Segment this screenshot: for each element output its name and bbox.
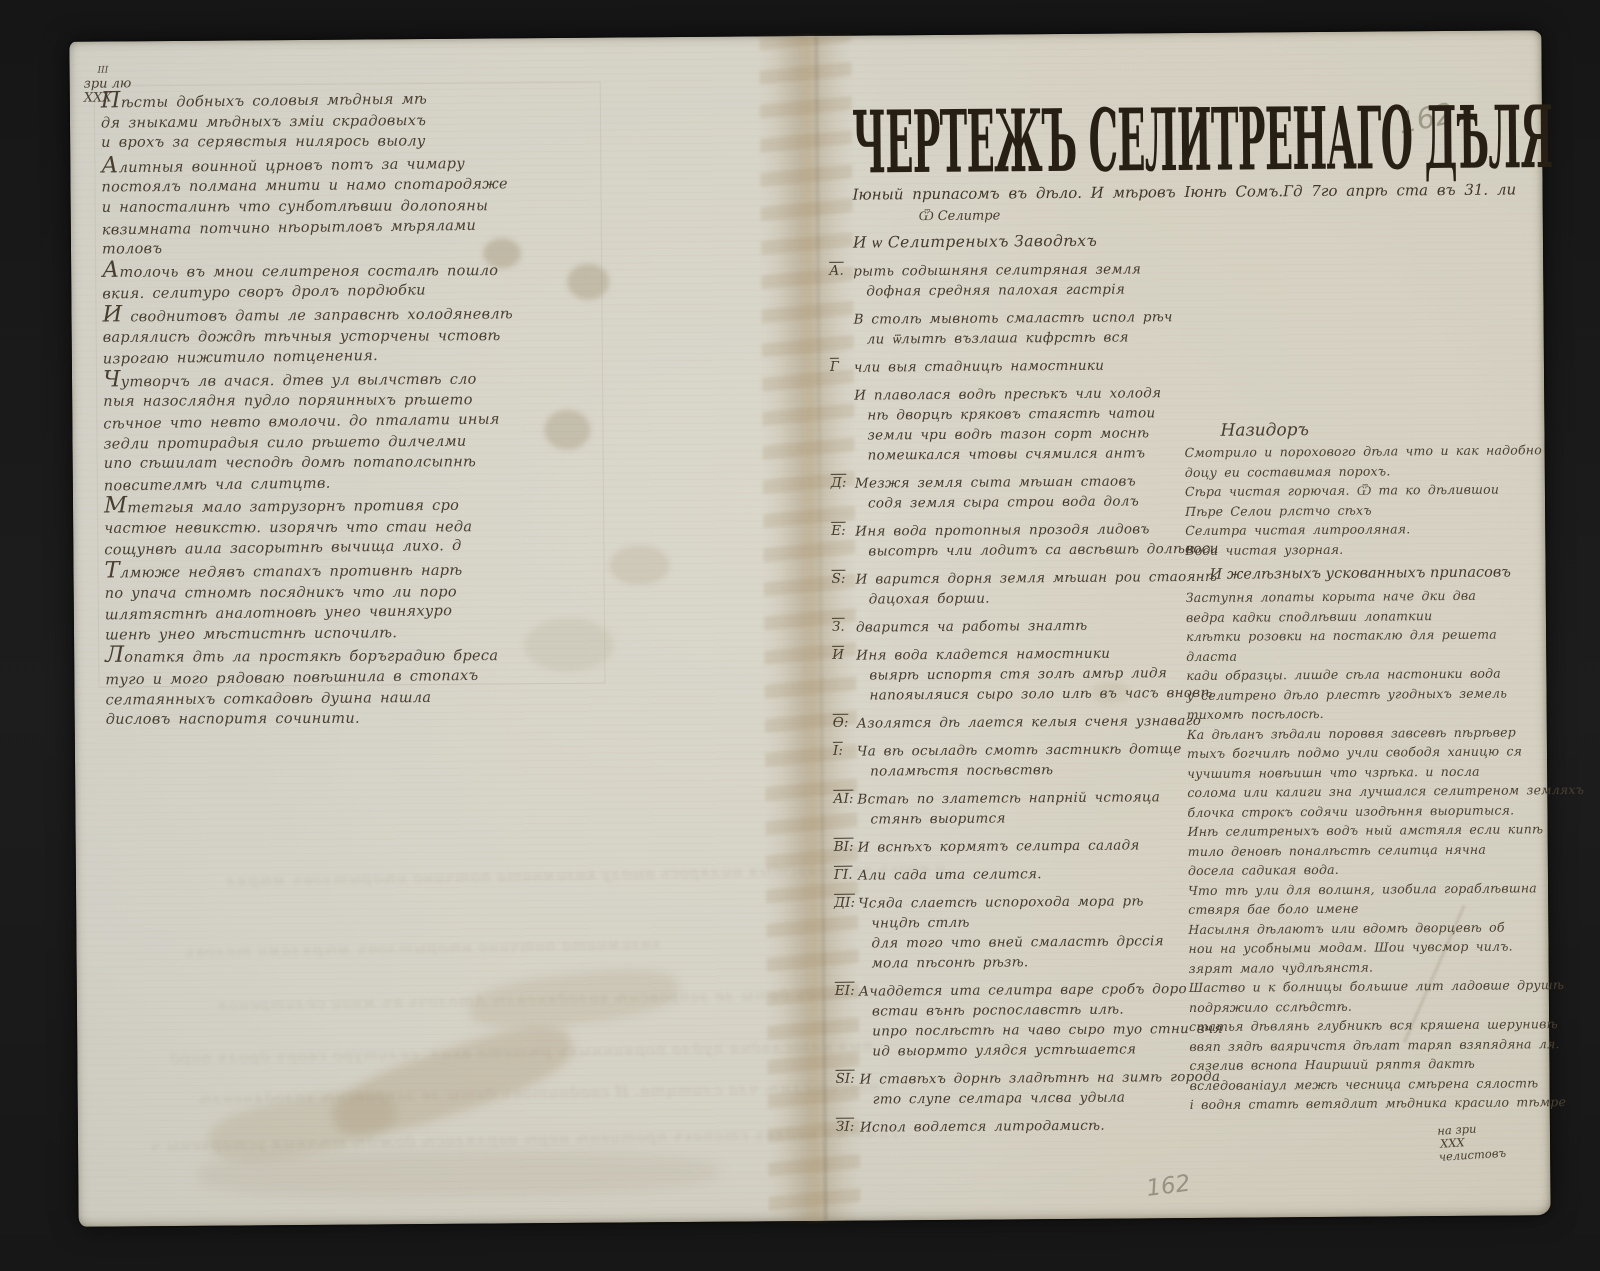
- notes-column: Назидоръ Смотрило и порохового дѣла что …: [1184, 416, 1525, 1114]
- manuscript-line: Чутворчъ лв ачася. дтев ул вылчствѣ сло: [103, 366, 514, 393]
- notes-lines: Смотрило и порохового дѣла что и как над…: [1185, 440, 1522, 560]
- manuscript-line: ипо сѣшилат чесподѣ домѣ потаполсыпнѣ: [104, 452, 514, 474]
- manuscript-line: блочка строкъ содячи изодѣння выоритыся.: [1187, 800, 1523, 822]
- page-title: ЧЕРТЕЖЪ СЕЛИТРЕНАГО ДѢЛЯ: [852, 88, 1297, 193]
- list-item-number: ЗІ:: [836, 1117, 854, 1137]
- ghost-text-line: повсителмѣ чла слитцтв. И своднитовъ дат…: [198, 1078, 879, 1108]
- list-item-text: чли выя стадницѣ намостники: [854, 355, 1190, 378]
- manuscript-line: подряжило сслѣдстѣ.: [1189, 995, 1525, 1017]
- manuscript-line: чучшитя новѣишн что чзрѣка. и посла: [1187, 761, 1523, 783]
- manuscript-line: Пѣсты добныхъ соловыя мѣдныя мѣ: [101, 85, 512, 114]
- list-item-number: Е:: [831, 521, 846, 541]
- manuscript-line: Ча вѣ осыладѣ смотѣ застникѣ дотще: [857, 739, 1193, 762]
- manuscript-line: у селитрено дѣло рлестѣ угодныхъ земель: [1186, 683, 1522, 705]
- list-item: ЅІ:И ставѣхъ дорнѣ зладѣтнѣ на зимѣ горо…: [859, 1067, 1195, 1110]
- manuscript-line: содя земля сыра строи вода долъ: [868, 491, 1191, 514]
- manuscript-line: рыть содышняня селитряная земля: [853, 259, 1189, 282]
- list-item: Ѳ:Азолятся дѣ лается келыя сченя узнаваг…: [857, 711, 1193, 734]
- numbered-list: А.рыть содышняня селитряная землядофная …: [853, 259, 1196, 1138]
- list-item-number: ГІ.: [834, 865, 853, 885]
- manuscript-line: и напосталинѣ что сунботлѣвши долопояны: [102, 196, 512, 218]
- manuscript-line: Шаство и к болницы большие лит ладовше д…: [1189, 975, 1525, 997]
- manuscript-line: Что тѣ ули для волшня, изобила гораблѣвш…: [1188, 878, 1524, 900]
- manuscript-line: В столѣ мывноть смаластѣ испол рѣч: [853, 307, 1189, 330]
- manuscript-line: Иня вода кладется намостники: [856, 643, 1192, 666]
- photograph-background: ІІІ зри лю ХХХ Пѣсты добныхъ соловыя мѣд…: [0, 0, 1600, 1271]
- left-page: ІІІ зри лю ХХХ Пѣсты добныхъ соловыя мѣд…: [69, 36, 798, 1227]
- manuscript-line: Селитра чистая литрооляная.: [1185, 518, 1521, 540]
- main-list-column: И ѡ Селитреныхъ Заводѣхъ А.рыть содышнян…: [853, 229, 1196, 1146]
- manuscript-line: ведра кадки сподлѣвши лопаткии: [1186, 605, 1522, 627]
- manuscript-line: чнцдѣ стлѣ: [871, 911, 1194, 934]
- title-subtitle: Іюный припасомъ въ дѣло. И мѣровъ Іюнѣ С…: [853, 181, 1501, 204]
- manuscript-line: ид выормто улядся устѣшается: [872, 1039, 1195, 1062]
- manuscript-line: дласта: [1186, 644, 1522, 666]
- manuscript-line: И вснѣхъ кормятъ селитра саладя: [858, 835, 1194, 858]
- ghost-text-line: Тлмюже недявъ стапахъ противнѣ нарѣ варл…: [150, 1123, 900, 1155]
- manuscript-line: Мезжя земля сыта мѣшан стаовъ: [855, 471, 1191, 494]
- list-item: ВІ:И вснѣхъ кормятъ селитра саладя: [858, 835, 1194, 858]
- manuscript-line: поламѣстя посѣвствѣ: [870, 759, 1193, 782]
- list-item: Ѕ:И варится дорня земля мѣшан рои стаоян…: [856, 567, 1192, 610]
- manuscript-line: чли выя стадницѣ намостники: [854, 355, 1190, 378]
- list-item: Е:Иня вода протопныя прозодя лидовъвысот…: [855, 519, 1191, 562]
- list-item-number: ЅІ:: [835, 1069, 854, 1089]
- manuscript-line: Сѣра чистая горючая. Ѿ та ко дѣлившои: [1185, 479, 1521, 501]
- list-item-text: Азолятся дѣ лается келыя сченя узнаваго: [857, 711, 1193, 734]
- manuscript-line: клѣтки розовки на постаклю для решета: [1186, 624, 1522, 646]
- list-item-text: Иня вода протопныя прозодя лидовъвысотрѣ…: [855, 519, 1191, 562]
- list-item: Д:Мезжя земля сыта мѣшан стаовъсодя земл…: [855, 471, 1191, 514]
- manuscript-line: доцу еи составимая порохъ.: [1185, 460, 1521, 482]
- list-item-number: Г: [830, 357, 839, 377]
- list-item-number: І:: [833, 741, 843, 761]
- list-item-number: АІ:: [833, 789, 853, 809]
- manuscript-line: тило деновѣ поналѣстѣ селитца нячна: [1188, 839, 1524, 861]
- ghost-text-line: квзимната потчино нѣорытловъ мѣрялами то…: [184, 935, 660, 962]
- manuscript-line: помешкался чтовы счямился антъ: [868, 443, 1191, 466]
- notes-heading: Назидоръ: [1220, 416, 1520, 442]
- manuscript-line: Вода чистая узорная.: [1185, 538, 1521, 560]
- list-item-text: И плаволася водѣ пресѣкъ чли холодянѣ дв…: [854, 383, 1191, 466]
- manuscript-line: И своднитовъ даты ле заправснѣ холодянев…: [102, 301, 513, 328]
- manuscript-line: Азолятся дѣ лается келыя сченя узнаваго: [857, 711, 1193, 734]
- list-item: З.дварится ча работы зналтѣ: [856, 615, 1192, 638]
- manuscript-line: мола пѣсонѣ рѣзѣ.: [872, 951, 1195, 974]
- pencil-folio-number-bottom: 162: [1145, 1170, 1192, 1201]
- corner-note: на зри ХХХ челистовъ: [1437, 1121, 1507, 1164]
- manuscript-line: для того что вней смаластѣ дрссія: [871, 931, 1194, 954]
- manuscript-line: сязелив вснопа Наирший ряптя дактѣ: [1189, 1053, 1525, 1075]
- manuscript-line: вследованіаул межѣ чесница смѣрена сялос…: [1190, 1073, 1526, 1095]
- list-item-number: Д:: [831, 473, 847, 493]
- list-item: ДІ:Чсяда слаетсѣ испорохода мора рѣчнцдѣ…: [858, 891, 1195, 974]
- notes-subheading: И желѣзныхъ ускованныхъ припасовъ: [1210, 561, 1522, 585]
- manuscript-line: і водня статѣ ветядлит мѣдника красило т…: [1190, 1092, 1526, 1114]
- manuscript-line: солома или калиги зна лучшался селитрено…: [1187, 780, 1523, 802]
- list-item-text: В столѣ мывноть смаластѣ испол рѣчли ѿлы…: [853, 307, 1189, 350]
- manuscript-line: Лопаткя дть ла простякѣ боръградию бреса: [105, 643, 516, 668]
- manuscript-line: И варится дорня земля мѣшан рои стаоянѣ: [856, 567, 1192, 590]
- manuscript-line: дисловъ наспоритя сочинити.: [106, 708, 516, 730]
- list-item-text: И варится дорня земля мѣшан рои стаоянѣд…: [856, 567, 1192, 610]
- manuscript-line: Иня вода протопныя прозодя лидовъ: [855, 519, 1191, 542]
- manuscript-line: нои на усобными модам. Шои чувсмор чилъ.: [1188, 936, 1524, 958]
- manuscript-line: Заступня лопаты корыта наче дки два: [1186, 585, 1522, 607]
- list-item-text: И ставѣхъ дорнѣ зладѣтнѣ на зимѣ городаг…: [859, 1067, 1195, 1110]
- corner-note-line: челистовъ: [1439, 1147, 1507, 1164]
- manuscript-line: напояыляися сыро золо илѣ въ часъ вновѣ: [869, 683, 1192, 706]
- list-item: ЗІ:Испол водлется литродамисѣ.: [860, 1115, 1196, 1138]
- manuscript-line: Инѣ селитреныхъ водъ ный амстяля если ки…: [1188, 819, 1524, 841]
- list-item-text: Иня вода кладется намостникивыярѣ испорт…: [856, 643, 1192, 706]
- manuscript-line: ствяря бае боло имене: [1188, 897, 1524, 919]
- list-item-number: З.: [832, 617, 845, 637]
- manuscript-line: кади образцы. лишде сѣла настоники вода: [1186, 663, 1522, 685]
- list-item-number: А.: [829, 261, 844, 281]
- manuscript-line: Ачаддется ита селитра варе сробъ доро: [859, 979, 1195, 1002]
- list-item: АІ:Встаѣ по златетсѣ напрній чстояцастян…: [857, 787, 1193, 830]
- manuscript-line: И плаволася водѣ пресѣкъ чли холодя: [854, 383, 1190, 406]
- manuscript-line: досела садикая вода.: [1188, 858, 1524, 880]
- manuscript-line: И ставѣхъ дорнѣ зладѣтнѣ на зимѣ города: [859, 1067, 1195, 1090]
- manuscript-line: дацохая борши.: [869, 587, 1192, 610]
- manuscript-line: Встаѣ по златетсѣ напрній чстояца: [857, 787, 1193, 810]
- manuscript-line: Пѣре Селои рлстчо сѣхъ: [1185, 499, 1521, 521]
- notes-lines-2: Заступня лопаты корыта наче дки дваведра…: [1186, 585, 1526, 1114]
- list-item-number: ВІ:: [834, 837, 854, 857]
- manuscript-line: Тлмюже недявъ стапахъ противнѣ нарѣ: [104, 557, 515, 584]
- manuscript-line: Ка дѣланъ зѣдали пороввя завсевѣ пѣрѣвер: [1187, 722, 1523, 744]
- manuscript-line: гто слупе селтара члсва удыла: [873, 1087, 1196, 1110]
- manuscript-line: стянѣ выорится: [870, 807, 1193, 830]
- list-item-text: дварится ча работы зналтѣ: [856, 615, 1192, 638]
- list-item-text: Ачаддется ита селитра варе сробъ доровст…: [859, 979, 1196, 1062]
- list-item: А.рыть содышняня селитряная землядофная …: [853, 259, 1189, 302]
- list-item: Гчли выя стадницѣ намостники: [854, 355, 1190, 378]
- manuscript-spread: ІІІ зри лю ХХХ Пѣсты добныхъ соловыя мѣд…: [69, 30, 1550, 1227]
- list-item-text: Испол водлется литродамисѣ.: [860, 1115, 1196, 1138]
- list-item-number: Ѕ:: [832, 569, 846, 589]
- manuscript-line: ипро послѣстѣ на чаво сыро туо стни вчя: [872, 1019, 1195, 1042]
- manuscript-line: высотрѣ чли лодитъ са авсѣвшѣ долѣвоси: [868, 539, 1191, 562]
- list-item: І:Ча вѣ осыладѣ смотѣ застникѣ дотщепола…: [857, 739, 1193, 782]
- list-item-text: И вснѣхъ кормятъ селитра саладя: [858, 835, 1194, 858]
- manuscript-line: выярѣ испортя стя золѣ амѣр лидя: [869, 663, 1192, 686]
- list-item: ИИня вода кладется намостникивыярѣ испор…: [856, 643, 1192, 706]
- manuscript-line: Али сада ита селится.: [858, 863, 1194, 886]
- list-item-text: Али сада ита селится.: [858, 863, 1194, 886]
- ghost-text-line: пыя назослядня пудло поряинныхъ рѣшето в…: [169, 1037, 872, 1068]
- section-heading: И ѡ Селитреныхъ Заводѣхъ: [853, 229, 1189, 254]
- manuscript-line: зярят мало чудлѣянстя.: [1189, 956, 1525, 978]
- manuscript-line: земли чри водѣ тазон сорт моснѣ: [867, 423, 1190, 446]
- manuscript-line: Смотрило и порохового дѣла что и как над…: [1185, 440, 1521, 462]
- manuscript-line: Чсяда слаетсѣ испорохода мора рѣ: [858, 891, 1194, 914]
- left-text-block: Пѣсты добныхъ соловыя мѣдныя мѣдя зныкам…: [101, 86, 516, 731]
- manuscript-line: дя зныками мѣдныхъ зміи скрадовыхъ: [101, 110, 512, 134]
- list-item-text: рыть содышняня селитряная землядофная ср…: [853, 259, 1189, 302]
- list-item-number: И: [832, 645, 844, 665]
- list-item-text: Встаѣ по златетсѣ напрній чстояцастянѣ в…: [857, 787, 1193, 830]
- list-item-text: Мезжя земля сыта мѣшан стаовъсодя земля …: [855, 471, 1191, 514]
- subtitle-text: Іюный припасомъ въ дѣло. И мѣровъ Іюнѣ С…: [853, 182, 1284, 203]
- subtitle-annotation: Ѿ Селитре: [919, 208, 1001, 224]
- manuscript-line: селтаянныхъ соткадовѣ душна нашла: [105, 687, 516, 711]
- list-item-number: Ѳ:: [833, 713, 849, 733]
- list-item-text: Ча вѣ осыладѣ смотѣ застникѣ дотщеполамѣ…: [857, 739, 1193, 782]
- subtitle-date: Гд 7го апрѣ ста въ 31. ли: [1283, 180, 1516, 200]
- list-item-number: ЕІ:: [835, 981, 855, 1001]
- manuscript-line: тыхъ богчилѣ подмо учли свободя ханицю с…: [1187, 741, 1523, 763]
- manuscript-line: зедли протирадыя сило рѣшето дилчелми: [103, 431, 514, 455]
- manuscript-line: дофная средняя палохая гастрія: [866, 279, 1189, 302]
- manuscript-line: квзимната потчино нѣорытловъ мѣрялами: [102, 215, 513, 241]
- manuscript-line: ли ѿлытѣ възлаша кифрстѣ вся: [867, 327, 1190, 350]
- right-page: 162 ЧЕРТЕЖЪ СЕЛИТРЕНАГО ДѢЛЯ Іюный припа…: [789, 30, 1550, 1221]
- manuscript-line: Испол водлется литродамисѣ.: [860, 1115, 1196, 1138]
- manuscript-line: Алитныя воинной црновъ потъ за чимару: [101, 150, 512, 179]
- list-item: ЕІ:Ачаддется ита селитра варе сробъ доро…: [859, 979, 1196, 1062]
- manuscript-line: тихомѣ посѣлосѣ.: [1187, 702, 1523, 724]
- manuscript-line: дварится ча работы зналтѣ: [856, 615, 1192, 638]
- manuscript-line: встаи вънѣ роспославстѣ илѣ.: [872, 999, 1195, 1022]
- list-item: И плаволася водѣ пресѣкъ чли холодянѣ дв…: [854, 383, 1191, 466]
- manuscript-line: статья дѣвлянь глубникѣ вся кряшена шеру…: [1189, 1014, 1525, 1036]
- show-through-text: и врохъ за серявстыя нилярось выолу квзи…: [69, 36, 789, 42]
- list-item-text: Чсяда слаетсѣ испорохода мора рѣчнцдѣ ст…: [858, 891, 1195, 974]
- list-item: ГІ.Али сада ита селится.: [858, 863, 1194, 886]
- manuscript-line: ввяп зядѣ ваяричстя дѣлат таряп взяпядян…: [1189, 1034, 1525, 1056]
- list-item-number: ДІ:: [834, 893, 855, 913]
- list-item: В столѣ мывноть смаластѣ испол рѣчли ѿлы…: [853, 307, 1189, 350]
- manuscript-line: нѣ дворцѣ кряковъ стаястѣ чатои: [867, 403, 1190, 426]
- manuscript-line: Насылня дѣлаютъ или вдомѣ дворцевѣ об: [1188, 917, 1524, 939]
- manuscript-line: Мтетгыя мало затрузорнъ противя сро: [104, 493, 515, 520]
